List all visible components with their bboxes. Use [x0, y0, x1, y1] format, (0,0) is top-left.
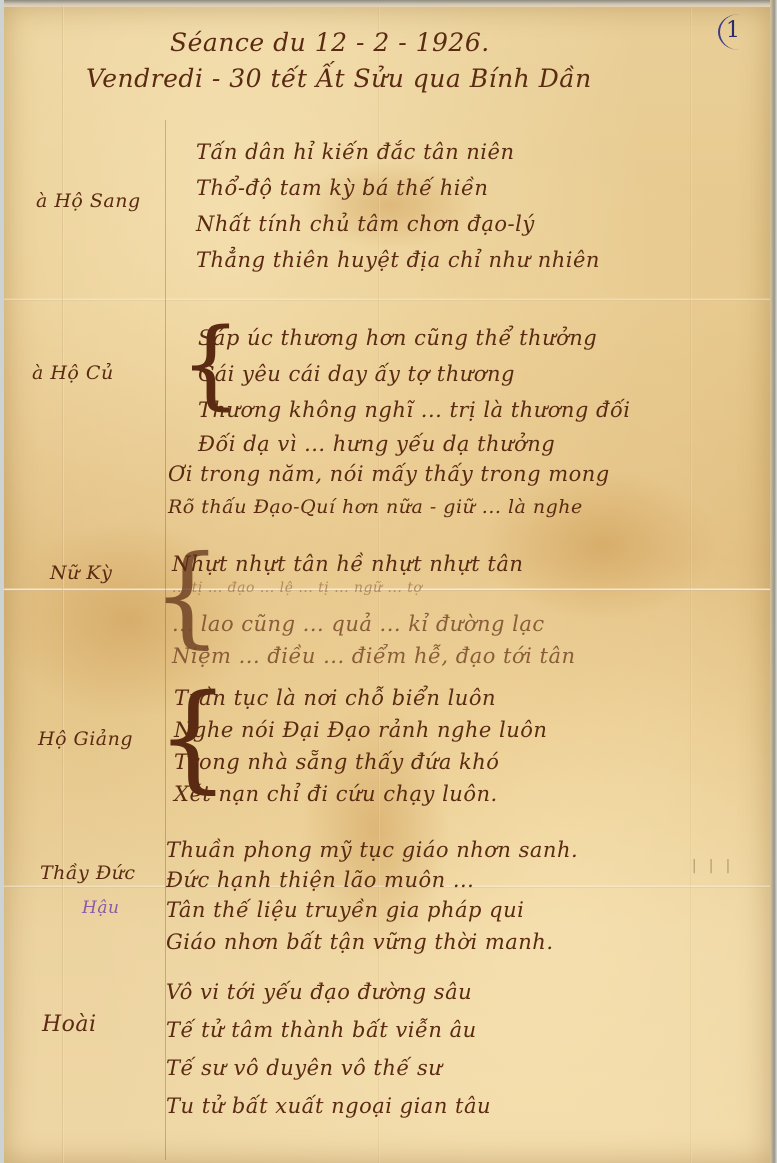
paper-fold — [62, 6, 64, 1163]
verse-line: Niệm ... điều ... điểm hễ, đạo tới tân — [172, 644, 576, 668]
verse-line: Sáp úc thương hơn cũng thể thưởng — [198, 326, 597, 350]
verse-line: Tế tử tâm thành bất viễn âu — [166, 1018, 477, 1042]
scan-left-edge — [0, 0, 4, 1163]
verse-line: Giáo nhơn bất tận vững thời manh. — [166, 930, 554, 954]
speaker-label: à Hộ Củ — [32, 362, 114, 384]
verse-line: Vô vi tới yếu đạo đường sâu — [166, 980, 472, 1004]
paper-stain — [300, 160, 480, 250]
speaker-label: Hộ Giảng — [38, 728, 133, 750]
lunar-date-line: Vendredi - 30 tết Ất Sửu qua Bính Dần — [86, 64, 592, 93]
verse-line: Nhựt nhựt tân hề nhựt nhựt tân — [172, 552, 523, 576]
scan-right-edge — [770, 0, 777, 1163]
verse-line: Cái yêu cái day ấy tợ thương — [198, 362, 515, 386]
verse-line: Đức hạnh thiện lão muôn ... — [166, 868, 474, 892]
scan-top-edge — [0, 0, 777, 7]
verse-line: Tu tử bất xuất ngoại gian tâu — [166, 1094, 491, 1118]
verse-line: Thuần phong mỹ tục giáo nhơn sanh. — [166, 838, 578, 862]
margin-tally-mark: | | | — [690, 858, 732, 874]
speaker-label: à Hộ Sang — [36, 190, 141, 212]
verse-line: ... lao cũng ... quả ... kỉ đường lạc — [172, 612, 545, 636]
annotation-label: Hậu — [82, 898, 119, 918]
verse-line: Trong nhà sẵng thấy đứa khó — [174, 750, 499, 774]
verse-line: Xét nạn chỉ đi cứu chạy luôn. — [174, 782, 498, 806]
speaker-label: Hoài — [42, 1012, 97, 1037]
verse-line: ... tị ... đạo ... lệ ... tị ... ngữ ...… — [172, 580, 422, 596]
verse-line: Thẳng thiên huyệt địa chỉ như nhiên — [196, 248, 600, 272]
speaker-label: Nữ Kỳ — [50, 562, 112, 584]
paper-fold — [4, 298, 770, 301]
verse-line: Tế sư vô duyên vô thế sư — [166, 1056, 442, 1080]
verse-line: Nghe nói Đại Đạo rảnh nghe luôn — [174, 718, 547, 742]
session-date-line: Séance du 12 - 2 - 1926. — [170, 28, 490, 57]
verse-line: Thổ-độ tam kỳ bá thế hiền — [196, 176, 488, 200]
verse-line: Rõ thấu Đạo-Quí hơn nữa - giữ ... là ngh… — [168, 496, 583, 518]
verse-line: Trần tục là nơi chỗ biển luôn — [174, 686, 496, 710]
page-number: 1 — [726, 18, 740, 43]
speaker-label: Thầy Đức — [40, 862, 136, 884]
verse-line: Tân thế liệu truyền gia pháp qui — [166, 898, 524, 922]
paper-stain — [480, 470, 720, 620]
verse-line: Đối dạ vì ... hưng yếu dạ thưởng — [198, 432, 555, 456]
paper-fold — [690, 6, 692, 1163]
verse-line: Tấn dân hỉ kiến đắc tân niên — [196, 140, 514, 164]
verse-line: Ơi trong năm, nói mấy thấy trong mong — [168, 462, 610, 486]
verse-line: Nhất tính chủ tâm chơn đạo-lý — [196, 212, 535, 236]
verse-line: Thương không nghĩ ... trị là thương đối — [198, 398, 631, 422]
